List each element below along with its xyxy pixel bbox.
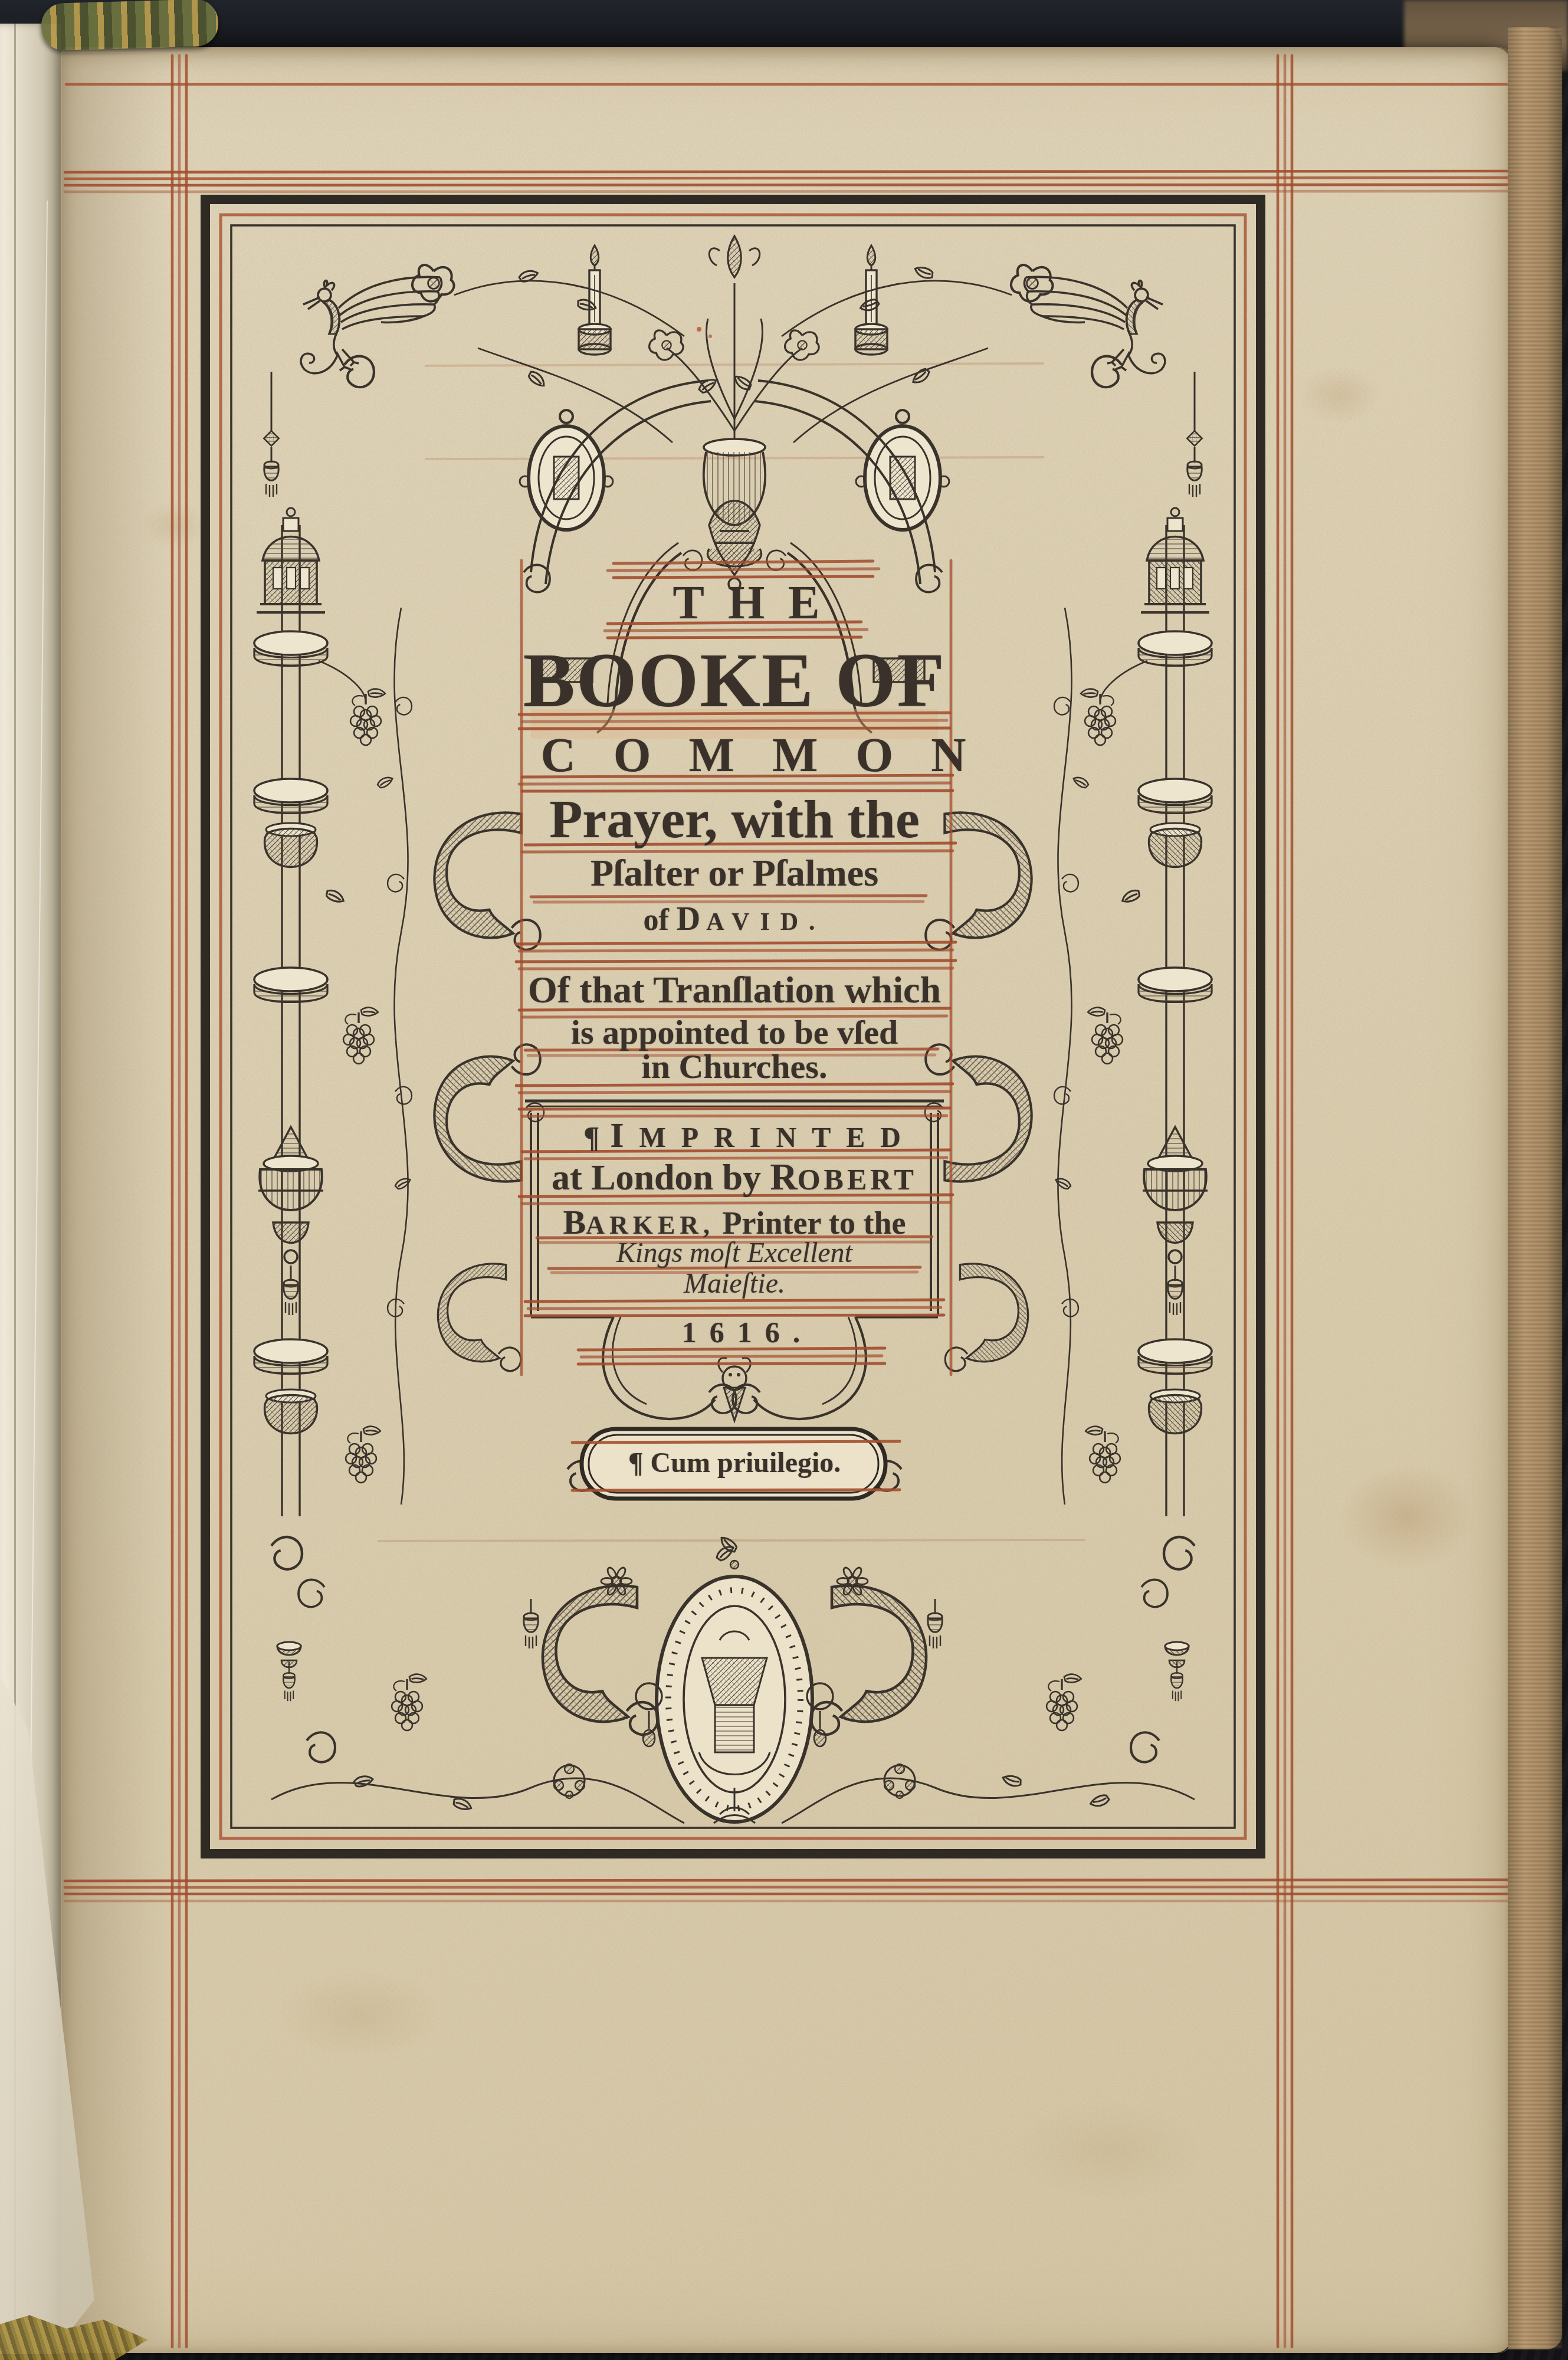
medallion-icon xyxy=(657,1576,812,1822)
fore-edge-leaves xyxy=(1508,27,1562,2349)
woodcut-border xyxy=(201,195,1265,1858)
bottom-medallion-group xyxy=(271,1535,1195,1823)
ornament-column-left xyxy=(254,508,540,1701)
mask-icon xyxy=(719,1358,750,1421)
rosette-ball-right xyxy=(884,1764,915,1798)
photograph-of-book: { "palette": { "backdrop": "#141418", "p… xyxy=(0,0,1568,2360)
rosette-ball-left xyxy=(554,1764,585,1798)
ornament-column-right xyxy=(926,508,1212,1701)
page-block-fore-edge xyxy=(1508,27,1562,2349)
endband xyxy=(41,0,219,51)
privilege-banner xyxy=(568,1429,901,1499)
book-spine-vellum xyxy=(0,24,61,2354)
